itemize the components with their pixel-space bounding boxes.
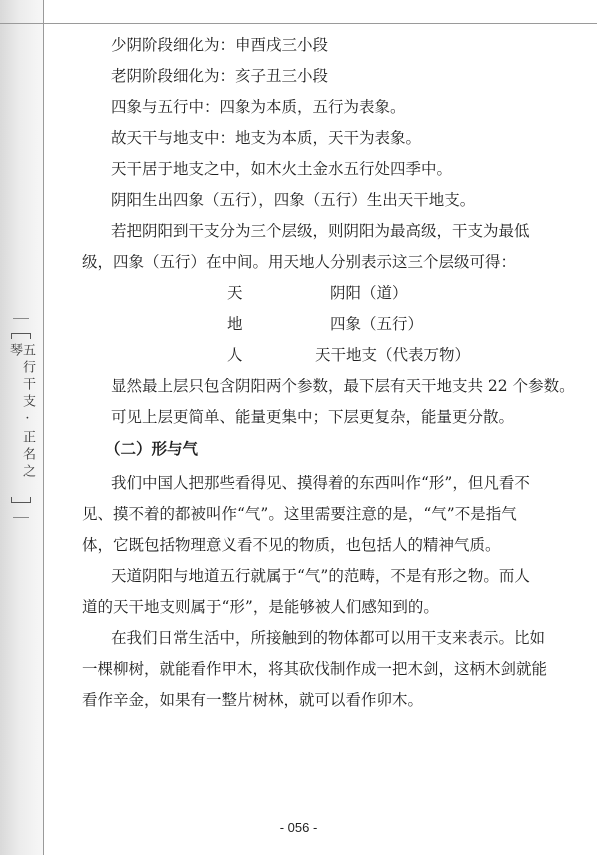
text-line: 见、摸不着的都被叫作“气”。这里需要注意的是，“气”不是指气 — [82, 499, 527, 530]
levels-row: 天 阴阳（道） — [82, 278, 527, 309]
text-line: 阴阳生出四象（五行），四象（五行）生出天干地支。 — [82, 185, 527, 216]
text-line: 故天干与地支中：地支为本质，天干为表象。 — [82, 123, 527, 154]
text-line: 天干居于地支之中，如木火土金水五行处四季中。 — [82, 154, 527, 185]
text-line: 老阴阶段细化为：亥子丑三小段 — [82, 61, 527, 92]
paragraph: 在我们日常生活中，所接触到的物体都可以用干支来表示。比如 一棵柳树，就能看作甲木… — [82, 623, 527, 716]
levels-row: 地 四象（五行） — [82, 309, 527, 340]
text-line: 显然最上层只包含阴阳两个参数，最下层有天干地支共 22 个参数。 — [82, 371, 527, 402]
text-line: 级，四象（五行）在中间。用天地人分别表示这三个层级可得： — [82, 247, 527, 278]
page-body: 少阴阶段细化为：申酉戌三小段 老阴阶段细化为：亥子丑三小段 四象与五行中：四象为… — [82, 30, 527, 716]
running-title: 五行干支·正名之琴 — [6, 318, 36, 518]
level-meaning: 四象（五行） — [330, 309, 423, 340]
text-line: 看作辛金，如果有一整片树林，就可以看作卯木。 — [82, 685, 527, 716]
paragraph: 我们中国人把那些看得见、摸得着的东西叫作“形”，但凡看不 见、摸不着的都被叫作“… — [82, 468, 527, 561]
divider — [13, 318, 29, 319]
text-line: 若把阴阳到干支分为三个层级，则阴阳为最高级，干支为最低 — [82, 216, 527, 247]
levels-table: 天 阴阳（道） 地 四象（五行） 人 天干地支（代表万物） — [82, 278, 527, 371]
book-title-vertical: 五行干支·正名之琴 — [8, 343, 34, 493]
text-line: 一棵柳树，就能看作甲木，将其砍伐制作成一把木剑，这柄木剑就能 — [82, 654, 527, 685]
text-line: 四象与五行中：四象为本质，五行为表象。 — [82, 92, 527, 123]
level-label: 天 — [227, 278, 330, 309]
text-line: 天道阴阳与地道五行就属于“气”的范畴，不是有形之物。而人 — [82, 561, 527, 592]
level-label: 人 — [227, 340, 315, 371]
level-meaning: 阴阳（道） — [330, 278, 408, 309]
text-line: 体，它既包括物理意义看不见的物质，也包括人的精神气质。 — [82, 530, 527, 561]
text-line: 在我们日常生活中，所接触到的物体都可以用干支来表示。比如 — [82, 623, 527, 654]
text-line: 可见上层更简单、能量更集中；下层更复杂，能量更分散。 — [82, 402, 527, 433]
paragraph-levels: 若把阴阳到干支分为三个层级，则阴阳为最高级，干支为最低 级，四象（五行）在中间。… — [82, 216, 527, 278]
margin-rule-vertical — [43, 0, 44, 855]
page-number: - 056 - — [0, 820, 597, 835]
ornament-bottom-icon — [11, 497, 31, 503]
divider — [13, 517, 29, 518]
header-rule — [0, 23, 597, 24]
text-line: 道的天干地支则属于“形”，是能够被人们感知到的。 — [82, 592, 527, 623]
level-label: 地 — [227, 309, 330, 340]
text-line: 少阴阶段细化为：申酉戌三小段 — [82, 30, 527, 61]
text-line: 我们中国人把那些看得见、摸得着的东西叫作“形”，但凡看不 — [82, 468, 527, 499]
levels-row: 人 天干地支（代表万物） — [82, 340, 527, 371]
paragraph: 天道阴阳与地道五行就属于“气”的范畴，不是有形之物。而人 道的天干地支则属于“形… — [82, 561, 527, 623]
ornament-top-icon — [11, 333, 31, 339]
level-meaning: 天干地支（代表万物） — [315, 340, 470, 371]
section-heading: （二）形与气 — [82, 434, 527, 465]
